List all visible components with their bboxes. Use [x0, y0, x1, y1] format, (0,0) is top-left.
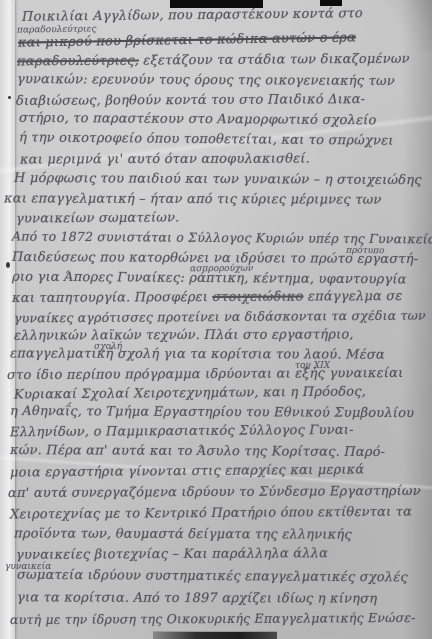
handwriting-line: ριο για Άπορες Γυναίκες: ράπτικη, κέντημ…	[12, 270, 407, 288]
handwriting-line: γυναικών: ερευνούν τους όρους της οικογε…	[17, 72, 395, 89]
handwriting-line: Από το 1872 συνιστάται ο Σύλλογος Κυριών…	[12, 228, 432, 246]
handwriting-line: Η μόρφωσις του παιδιού και των γυναικών …	[14, 171, 422, 188]
manuscript-page: Ποικιλίαι Αγγλίδων, που παραστέκουν κοντ…	[0, 0, 432, 639]
handwriting-line: για τα κορίτσια. Από το 1897 αρχίζει ιδί…	[17, 590, 377, 606]
handwriting-line: στήριο, το παραστέκουν στο Αναμορφωτικό …	[19, 111, 377, 128]
handwriting-line: Χειροτεχνίας με το Κεντρικό Πρατήριο όπο…	[10, 505, 412, 523]
handwriting-line: και επαγγελματική – ήταν από τις κύριες …	[4, 191, 382, 207]
handwriting-line: Κυριακαί Σχολαί Χειροτεχνημάτων, και η Π…	[14, 384, 366, 402]
handwriting-line: αυτή με την ίδρυση της Οικοκυρικής Επαγγ…	[10, 610, 416, 627]
scan-speck	[6, 262, 10, 268]
handwriting-line: η Αθηναΐς, το Τμήμα Εργαστηρίου του Εθνι…	[10, 404, 414, 421]
handwriting-line: Ποικιλίαι Αγγλίδων, που παραστέκουν κοντ…	[22, 6, 363, 25]
handwriting-line: διαβιώσεως, βοηθούν κοντά του στο Παιδικ…	[16, 92, 365, 109]
bottom-scanner-mark	[153, 631, 277, 639]
handwriting-line: και ταπητουργία. Προσφέρει στοιχειώδικο …	[12, 289, 403, 306]
handwriting-line: προϊόντα των, θαυμαστά δείγματα της ελλη…	[14, 526, 352, 542]
scan-speck	[8, 96, 11, 99]
handwriting-line: γυναικείων σωματείων.	[16, 210, 180, 226]
handwriting-line: γυναίκες αγρότισσες προτείνει να διδάσκο…	[14, 308, 426, 326]
handwriting-line: κών. Πέρα απ' αυτά και το Άσυλο της Κορί…	[10, 443, 385, 460]
top-right-scanner-mark	[320, 0, 342, 6]
handwriting-line: ή την οικοτροφείο όπου τοποθετείται, και…	[19, 130, 394, 148]
handwriting-line: ελληνικών λαϊκών τεχνών. Πλάι στο εργαστ…	[14, 327, 354, 343]
handwriting-line: μοια εργαστήρια γίνονται στις επαρχίες κ…	[10, 462, 364, 480]
handwriting-line: και μεριμνά γι' αυτό όταν αποφυλακισθεί.	[20, 151, 310, 167]
handwriting-line: Ελληνίδων, ο Παμμικρασιατικός Σύλλογος Γ…	[10, 423, 354, 440]
handwriting-line: απ' αυτά συνεργαζόμενα ιδρύουν το Σύνδεσ…	[8, 484, 421, 501]
handwriting-line: στο ίδιο περίπου πρόγραμμα ιδρύονται αι …	[7, 366, 403, 383]
handwriting-line: γυναικείες βιοτεχνίας – Και παράλληλα άλ…	[16, 546, 328, 563]
handwriting-line: σωματεία ιδρύουν συστηματικές επαγγελματ…	[17, 568, 408, 586]
page-corner-shadow	[365, 0, 432, 56]
handwriting-line: παραδουλεύτριες, εξετάζουν τα στάδια των…	[17, 52, 410, 70]
